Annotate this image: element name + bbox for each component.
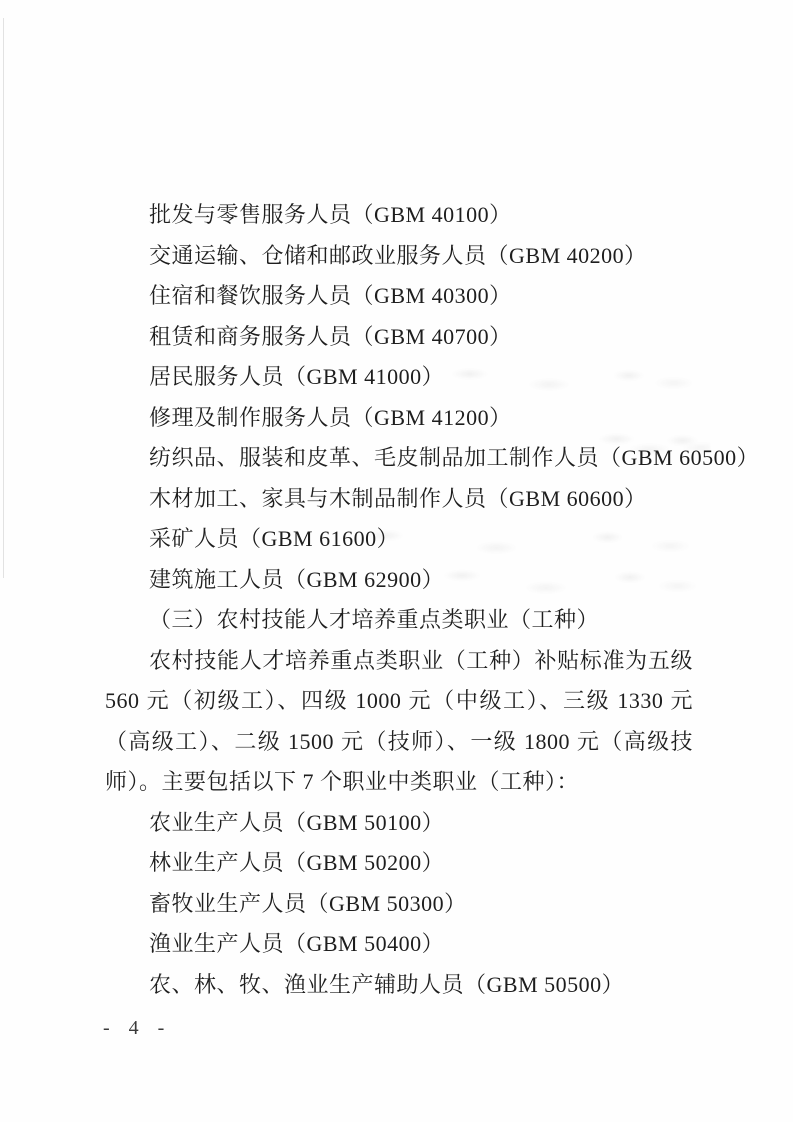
occupation-line: 修理及制作服务人员（GBM 41200） — [105, 398, 693, 439]
document-body: 批发与零售服务人员（GBM 40100） 交通运输、仓储和邮政业服务人员（GBM… — [105, 195, 693, 1005]
occupation-line: 木材加工、家具与木制品制作人员（GBM 60600） — [105, 479, 693, 520]
occupation-line: 纺织品、服装和皮革、毛皮制品加工制作人员（GBM 60500） — [105, 438, 693, 479]
document-page: 批发与零售服务人员（GBM 40100） 交通运输、仓储和邮政业服务人员（GBM… — [0, 0, 793, 1122]
occupation-line: 居民服务人员（GBM 41000） — [105, 357, 693, 398]
occupation-line: 采矿人员（GBM 61600） — [105, 519, 693, 560]
section-heading: （三）农村技能人才培养重点类职业（工种） — [105, 600, 693, 641]
occupation-line: 农业生产人员（GBM 50100） — [105, 803, 693, 844]
occupation-line: 交通运输、仓储和邮政业服务人员（GBM 40200） — [105, 236, 693, 277]
occupation-line: 住宿和餐饮服务人员（GBM 40300） — [105, 276, 693, 317]
occupation-line: 畜牧业生产人员（GBM 50300） — [105, 884, 693, 925]
occupation-line: 农、林、牧、渔业生产辅助人员（GBM 50500） — [105, 965, 693, 1006]
occupation-line: 租赁和商务服务人员（GBM 40700） — [105, 317, 693, 358]
scan-edge-artifact — [3, 18, 4, 578]
occupation-line: 渔业生产人员（GBM 50400） — [105, 924, 693, 965]
occupation-line: 林业生产人员（GBM 50200） — [105, 843, 693, 884]
occupation-line: 建筑施工人员（GBM 62900） — [105, 560, 693, 601]
page-number: - 4 - — [103, 1017, 171, 1040]
occupation-line: 批发与零售服务人员（GBM 40100） — [105, 195, 693, 236]
subsidy-standard-paragraph: 农村技能人才培养重点类职业（工种）补贴标准为五级 560 元（初级工）、四级 1… — [105, 641, 693, 803]
